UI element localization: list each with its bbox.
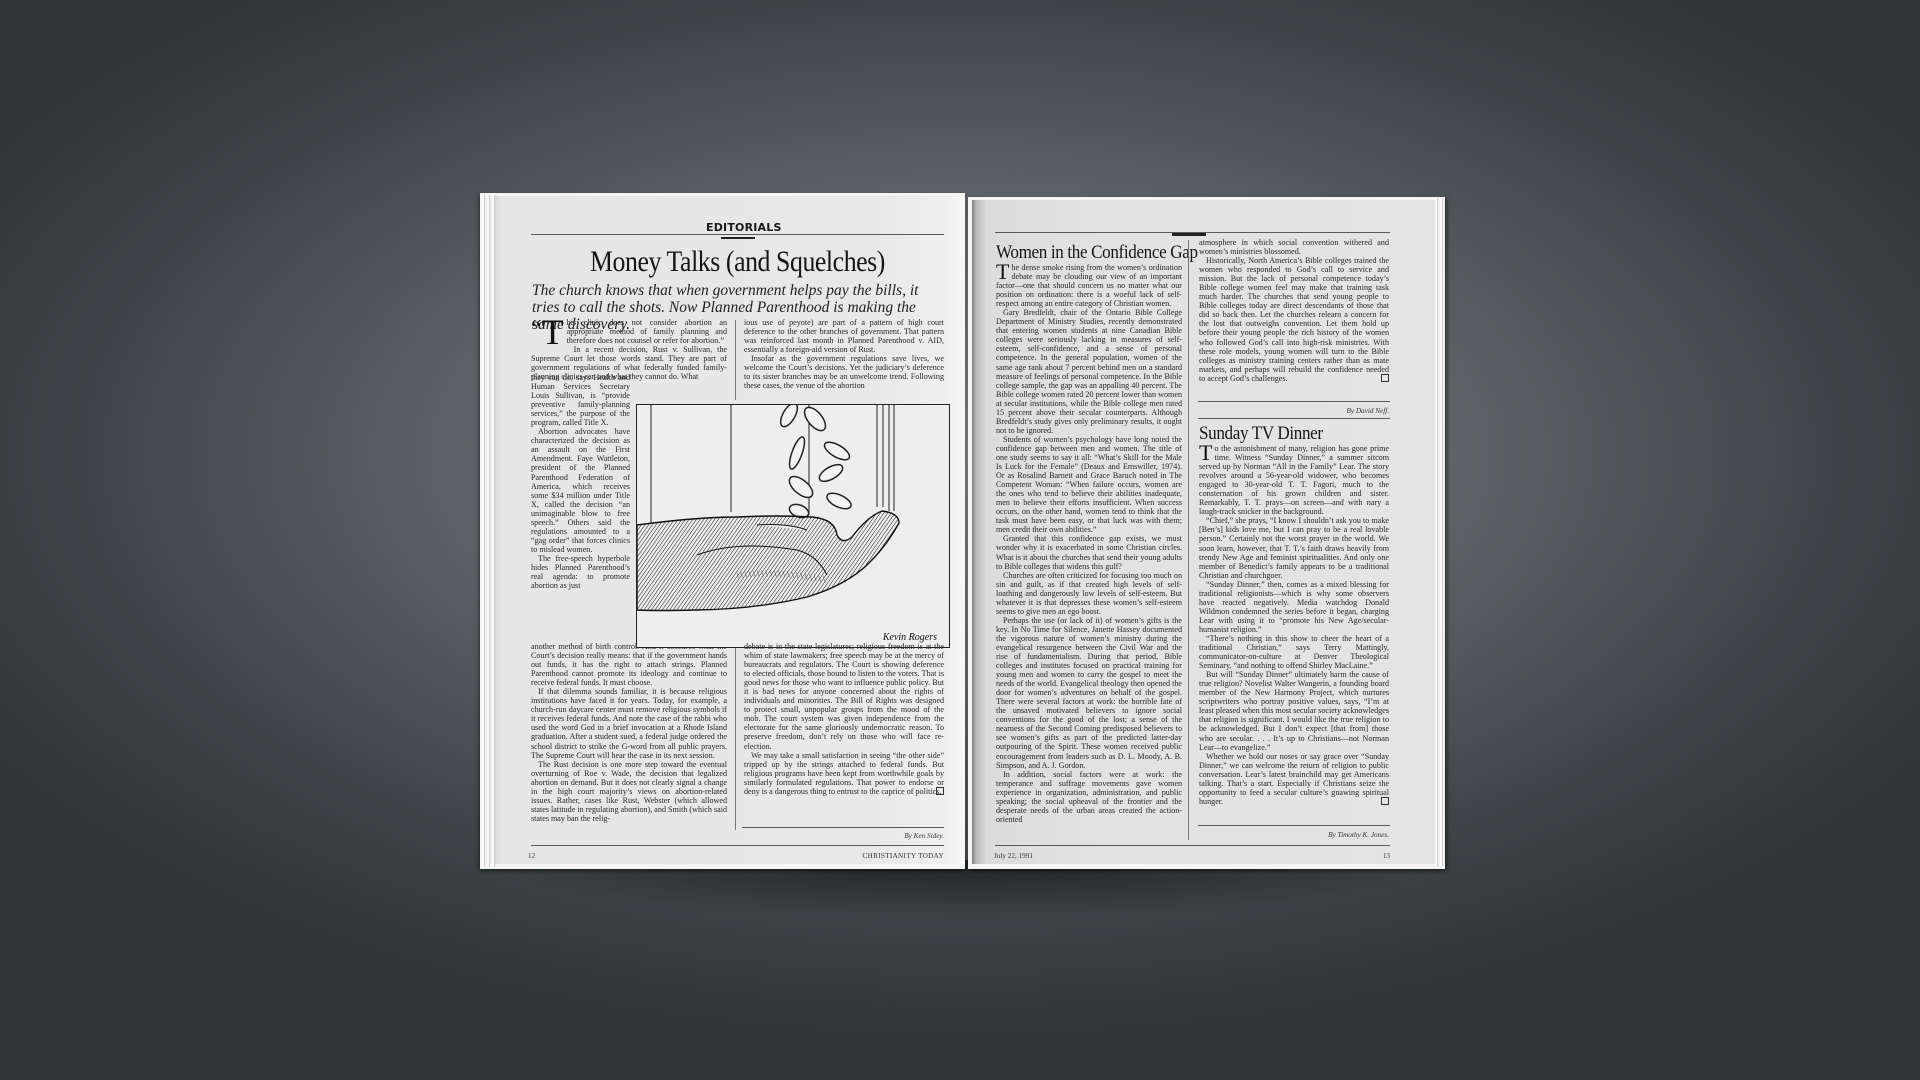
article-column-1-bottom: another method of birth control. And it … bbox=[531, 642, 727, 823]
paragraph: Students of women’s psychology have long… bbox=[996, 435, 1182, 535]
article-2-column: To the astonishment of many, religion ha… bbox=[1199, 444, 1389, 806]
paragraph: “Sunday Dinner,” then, comes as a mixed … bbox=[1199, 580, 1389, 634]
paragraph: Gary Bredfeldt, chair of the Ontario Bib… bbox=[996, 308, 1182, 435]
paragraph: another method of birth control. And it … bbox=[531, 642, 727, 687]
issue-date: July 22, 1991 bbox=[994, 852, 1033, 860]
paragraph: debate is in the state legislatures; rel… bbox=[744, 642, 944, 751]
section-label: EDITORIALS bbox=[706, 221, 782, 234]
paragraph: Insofar as the government regulations sa… bbox=[744, 354, 944, 390]
byline-rule bbox=[1198, 401, 1390, 402]
paragraph: If that dilemma sounds familiar, it is b… bbox=[531, 687, 727, 759]
right-page-edges bbox=[1435, 198, 1445, 866]
section-underline bbox=[721, 237, 755, 239]
paragraph: The Rust decision is one more step towar… bbox=[531, 760, 727, 823]
byline: By David Neff. bbox=[1199, 407, 1389, 415]
paragraph: Whether we hold our noses or say grace o… bbox=[1199, 752, 1389, 806]
paragraph: “There’s nothing in this show to cheer t… bbox=[1199, 634, 1389, 670]
lead-paragraph: his clinic does not consider abortion an… bbox=[567, 318, 727, 345]
article-column-1-top: “This clinic does not consider abortion … bbox=[531, 318, 727, 381]
page-number: 12 bbox=[528, 852, 535, 860]
dropcap: T bbox=[996, 263, 1009, 281]
header-mark bbox=[1172, 233, 1206, 236]
left-page-edges bbox=[482, 195, 496, 867]
open-quote: “ bbox=[531, 318, 542, 340]
paragraph: The free-speech hyperbole hides Planned … bbox=[531, 554, 630, 590]
section-rule bbox=[1198, 418, 1390, 419]
editorial-illustration: Kevin Rogers bbox=[636, 404, 950, 648]
article-column-2-bottom: debate is in the state legislatures; rel… bbox=[744, 642, 944, 796]
article-1-column-1: The dense smoke rising from the women’s … bbox=[996, 263, 1182, 824]
end-mark-icon bbox=[1381, 797, 1389, 805]
article-column-1-narrow: they can do, says Health and Human Servi… bbox=[531, 373, 630, 590]
footer-rule bbox=[531, 845, 944, 846]
paragraph: Abortion advocates have characterized th… bbox=[531, 427, 630, 554]
paragraph: atmosphere in which social convention wi… bbox=[1199, 238, 1389, 256]
paragraph: ious use of peyote) are part of a patter… bbox=[744, 318, 944, 354]
paragraph: In addition, social factors were at work… bbox=[996, 770, 1182, 824]
byline: By Timothy K. Jones. bbox=[1199, 831, 1389, 839]
paragraph: he dense smoke rising from the women’s o… bbox=[996, 263, 1182, 308]
article-column-2-top: ious use of peyote) are part of a patter… bbox=[744, 318, 944, 390]
page-number: 13 bbox=[1360, 852, 1390, 860]
dropcap: T bbox=[1199, 444, 1212, 462]
article-1-column-2: atmosphere in which social convention wi… bbox=[1199, 238, 1389, 383]
paragraph: Churches are often criticized for focusi… bbox=[996, 571, 1182, 616]
paragraph: Granted that this confidence gap exists,… bbox=[996, 534, 1182, 570]
paragraph: Historically, North America’s Bible coll… bbox=[1199, 256, 1389, 383]
publication-title: CHRISTIANITY TODAY bbox=[800, 852, 944, 860]
article-headline: Women in the Confidence Gap bbox=[996, 243, 1198, 262]
paragraph: Perhaps the use (or lack of it) of women… bbox=[996, 616, 1182, 770]
magazine-shadow bbox=[470, 860, 1460, 920]
paragraph: We may take a small satisfaction in seei… bbox=[744, 751, 944, 796]
byline-rule bbox=[742, 827, 944, 828]
hand-with-coins-illustration bbox=[637, 405, 949, 647]
paragraph: But will “Sunday Dinner” ultimately harm… bbox=[1199, 670, 1389, 751]
paragraph: “Chief,” she prays, “I know I shouldn’t … bbox=[1199, 516, 1389, 579]
column-divider bbox=[735, 320, 736, 400]
paragraph: they can do, says Health and Human Servi… bbox=[531, 373, 630, 427]
dropcap: T bbox=[542, 318, 564, 346]
paragraph: o the astonishment of many, religion has… bbox=[1199, 444, 1389, 516]
article-headline: Sunday TV Dinner bbox=[1199, 424, 1323, 443]
end-mark-icon bbox=[1381, 374, 1389, 382]
byline: By Ken Sidey. bbox=[744, 832, 944, 840]
header-rule bbox=[531, 234, 944, 235]
column-divider bbox=[735, 645, 736, 830]
footer-rule bbox=[995, 845, 1390, 846]
column-divider bbox=[1188, 240, 1189, 840]
headline: Money Talks (and Squelches) bbox=[560, 247, 915, 277]
byline-rule bbox=[1198, 825, 1390, 826]
